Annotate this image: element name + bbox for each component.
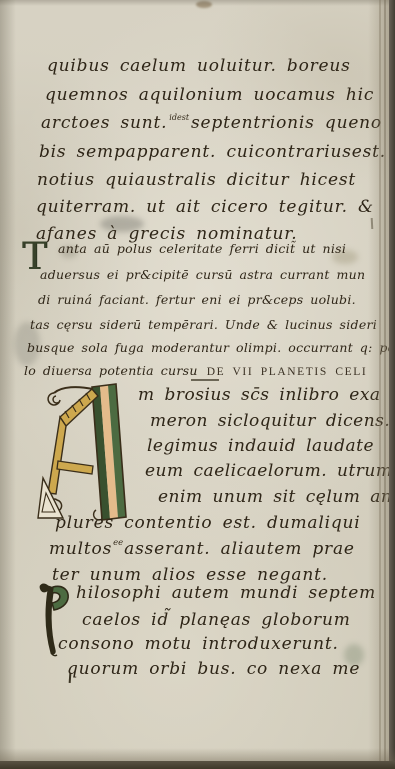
text-line: tas cęrsu siderū tempērari. Unde & lucin… [30,317,377,332]
text-line: multoseeasserant. aliautem prae [49,539,355,559]
text-line: anta aū polus celeritate ferri dicit̃ ut… [58,241,346,256]
text-line: enim unum sit cęlum an [158,487,392,507]
right-dark-border [389,0,395,769]
text-line: bis sempapparent. cuicontrariusest. [39,142,386,162]
text-line: meron sicloquitur dicens. [150,411,390,431]
page-edge-line [384,0,386,769]
text-line: m brosius sc̄s inlibro exa [138,385,381,405]
text-line: consono motu introduxerunt. [58,634,339,654]
interlinear-gloss: idest [169,113,189,122]
insertion-stroke [191,379,219,381]
text-line: notius quiaustralis dicitur hicest [37,170,356,190]
text-line: arctoes sunt.idestseptentrionis queno [41,113,382,133]
text-line: quorum orbi bus. co nexa me [67,659,360,679]
text-line: aduersus ei pr&cipitē cursū astra curran… [40,267,365,282]
bottom-dark-border [0,761,395,769]
text-line: hilosophi autem mundi septem [76,583,376,603]
text-line: ter unum alios esse negant. [52,565,328,585]
text-line: quemnos aquilonium uocamus hic [45,85,374,105]
decorated-initial-a [36,381,136,523]
text-segment: lo diuersa potentia cursu [24,363,198,378]
text-line: plures contentio est. dumaliqui [55,513,361,533]
text-segment: arctoes sunt. [41,113,167,133]
text-line: busque sola fuga moderantur olimpi. occu… [27,340,395,355]
text-line: quiterram. ut ait cicero tegitur. & [36,197,374,217]
text-segment: septentrionis queno [191,113,382,133]
page-edge-line [379,0,381,769]
text-line: quibus caelum uoluitur. boreus [47,56,351,76]
text-line: legimus indauid laudate [147,436,374,456]
bottom-edge-shading [0,748,395,762]
interlinear-correction: ee [113,538,123,548]
text-line: lo diuersa potentia cursuDE VII PLANETIS… [24,363,367,378]
text-line: caelos id̃ planęas globorum [82,610,351,630]
chapter-rubric: DE VII PLANETIS CELI [207,366,368,378]
manuscript-page: quibus caelum uoluitur. boreus quemnos a… [0,0,395,769]
text-segment: asserant. aliautem prae [124,539,355,559]
text-segment: multos [49,539,112,559]
text-line: eum caelicaelorum. utrum [145,461,393,481]
gutter-shadow [0,0,16,769]
text-line: di ruiná faciant. fertur eni ei pr&ceps … [38,292,356,307]
top-edge-shadow [0,0,395,6]
